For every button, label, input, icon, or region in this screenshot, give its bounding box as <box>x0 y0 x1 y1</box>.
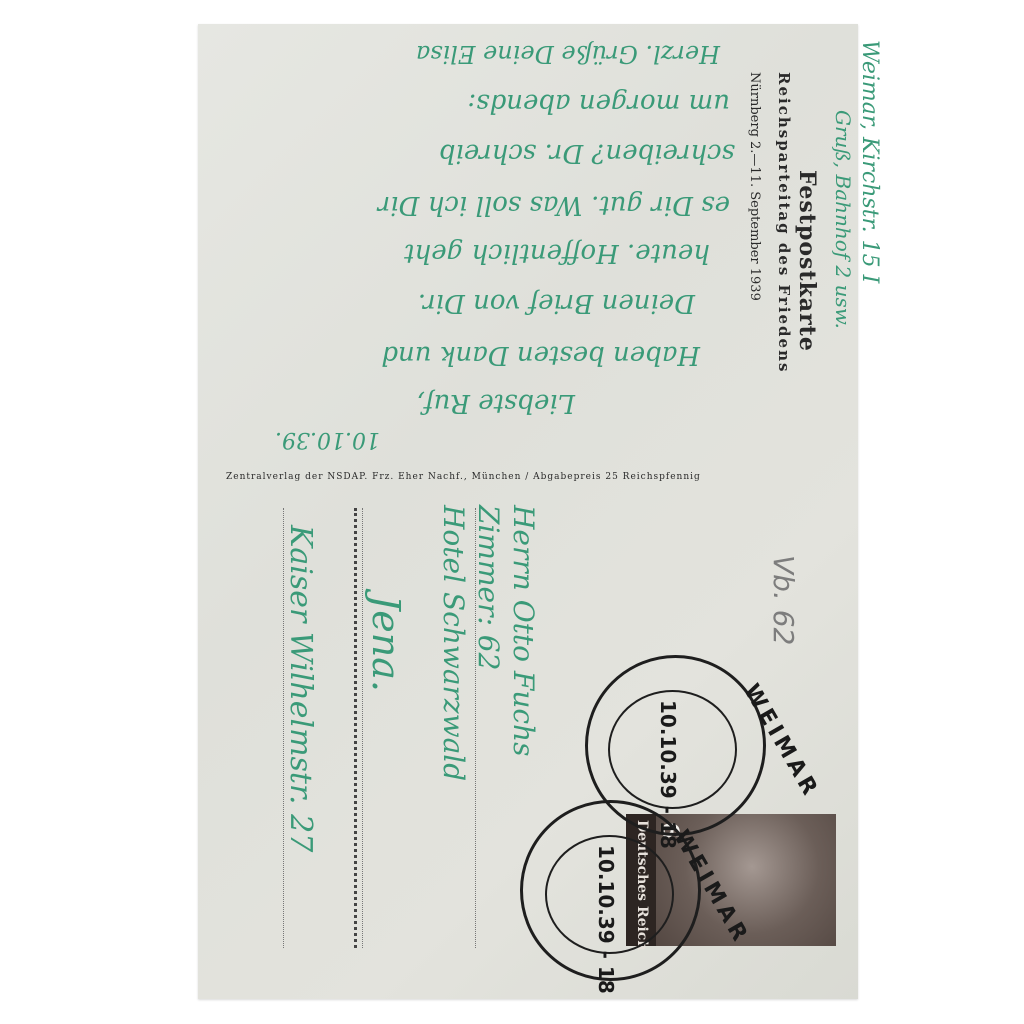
address-line-text: Herrn Otto Fuchs <box>507 505 540 756</box>
card-subtitle: Reichsparteitag des Friedens <box>775 72 793 373</box>
publisher-line: Zentralverlag der NSDAP. Frz. Eher Nachf… <box>226 472 701 482</box>
address-line-text: Hotel Schwarzwald <box>437 505 470 781</box>
address-line-bold <box>354 508 357 948</box>
pencil-note: Vb. 62 <box>767 555 800 645</box>
margin-note: Gruß, Bahnhof 2 usw. <box>831 110 855 329</box>
address-city: Jena. <box>364 595 408 692</box>
address-line-text: Kaiser Wilhelmstr. 27 <box>283 525 318 852</box>
postmark-date: 10.10.39 - 18 <box>594 845 618 994</box>
message-line: Haben besten Dank und <box>381 340 700 370</box>
message-date: 10.10.39. <box>275 427 380 452</box>
message-line: Liebste Ruf, <box>417 388 575 418</box>
message-line: um morgen abends: <box>468 88 730 118</box>
message-line: es Dir gut. Was soll ich Dir <box>378 190 730 220</box>
card-event-dates: Nürnberg 2.—11. September 1939 <box>747 72 762 301</box>
address-line-text: Zimmer: 62 <box>472 505 505 670</box>
message-line: heute. Hoffentlich geht <box>404 238 710 268</box>
message-line: Deinen Brief von Dir. <box>418 288 695 318</box>
margin-note: Weimar, Kirchstr. 15 I <box>857 40 882 283</box>
card-title: Festpostkarte <box>794 170 820 352</box>
message-line: Herzl. Grüße Deine Elisa <box>416 40 720 68</box>
address-line <box>362 508 363 948</box>
message-line: schreiben? Dr. schreib <box>439 138 735 168</box>
